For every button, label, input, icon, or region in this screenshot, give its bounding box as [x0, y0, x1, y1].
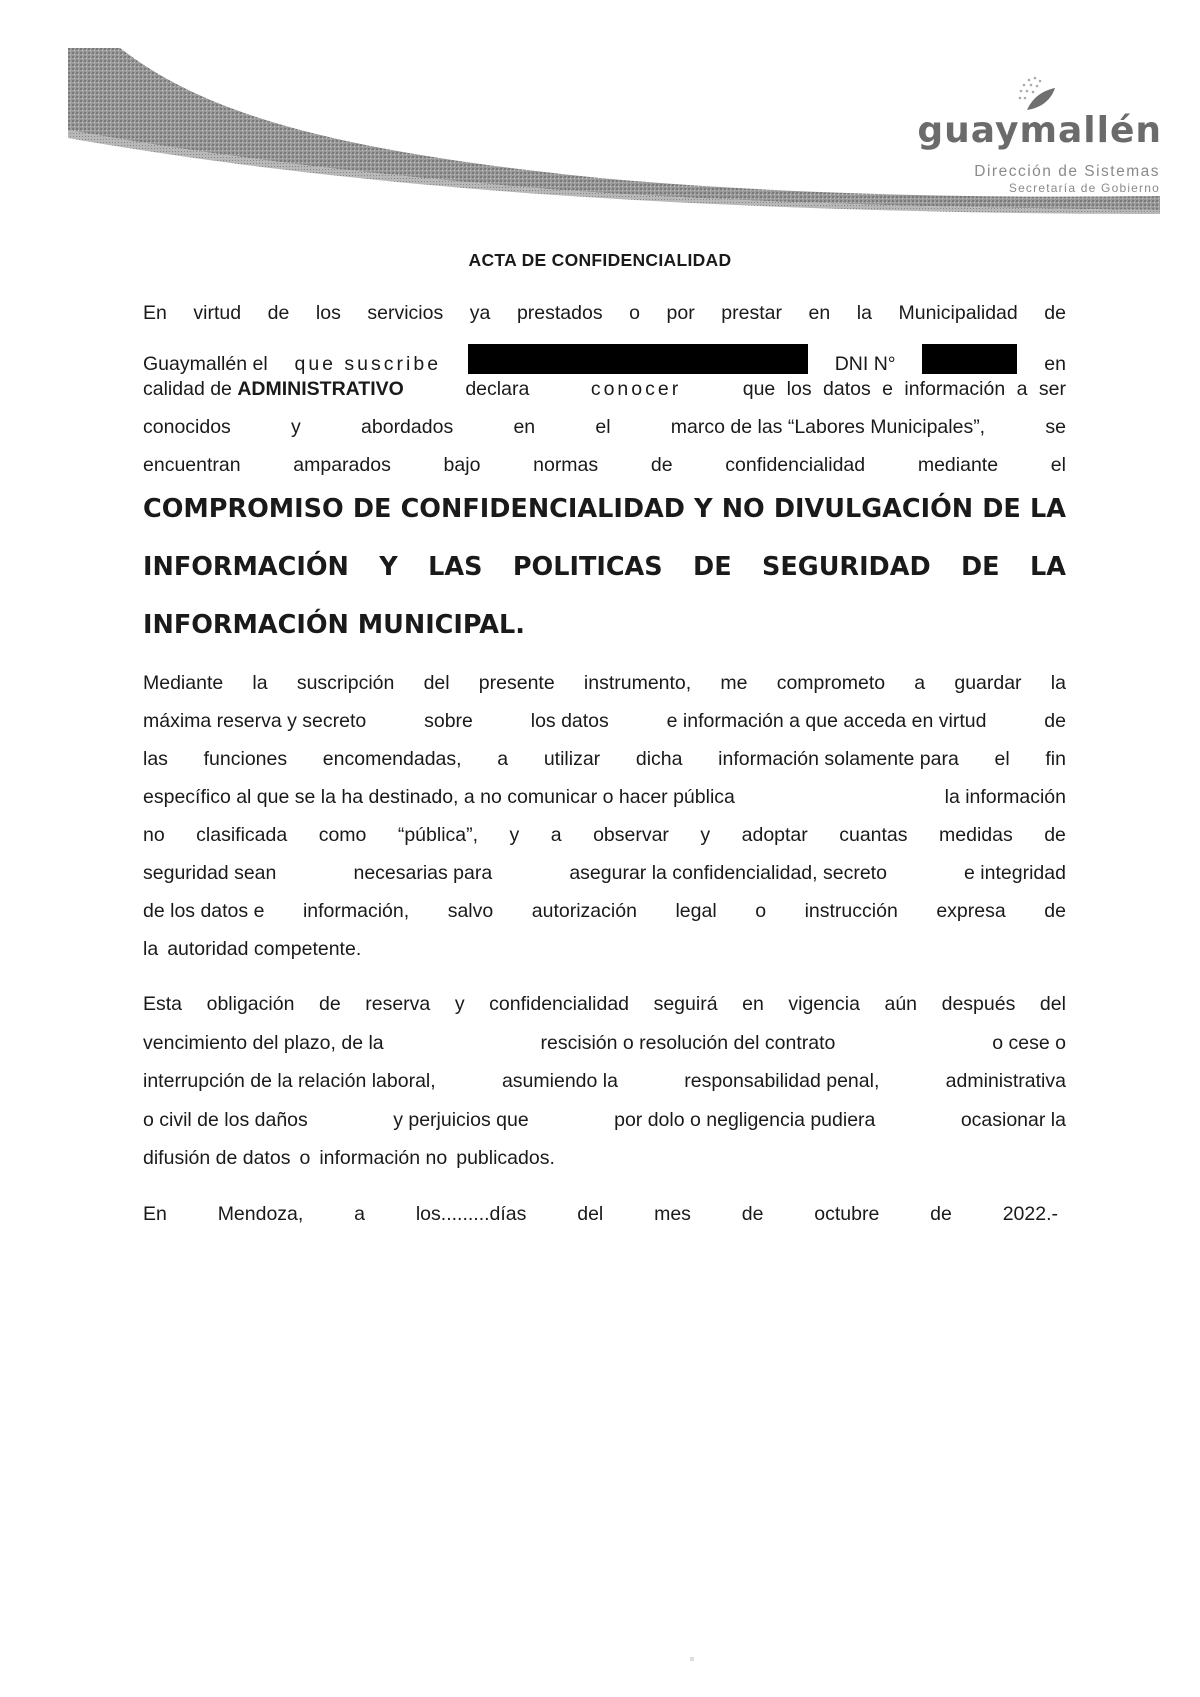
- text-line: máxima reserva y secretosobrelos datose …: [143, 710, 1066, 748]
- text-fragment: que suscribe: [294, 353, 441, 376]
- word: en: [809, 302, 831, 325]
- text-line: calidad de ADMINISTRATIVO declara conoce…: [143, 378, 1066, 416]
- word: después: [942, 993, 1016, 1016]
- word: difusión de datos: [143, 1147, 290, 1170]
- word: asegurar la confidencialidad, secreto: [569, 862, 887, 885]
- word: no: [143, 824, 165, 847]
- dni-label: DNI N°: [835, 353, 896, 376]
- word: por dolo o negligencia pudiera: [614, 1109, 875, 1132]
- word: el: [995, 748, 1010, 771]
- word: sobre: [424, 710, 473, 733]
- word: medidas: [939, 824, 1013, 847]
- logo-subtitle-secretariat: Secretaría de Gobierno: [1009, 181, 1160, 195]
- word: instrucción: [805, 900, 898, 923]
- heading-line: INFORMACIÓNYLASPOLITICASDESEGURIDADDELA: [143, 552, 1066, 610]
- word: necesarias para: [353, 862, 492, 885]
- word: normas: [533, 454, 598, 477]
- word: por: [667, 302, 695, 325]
- word: en: [742, 993, 764, 1016]
- text-fragment: declara: [465, 378, 529, 401]
- text-line: Guaymallén el que suscribe DNI N° en: [143, 340, 1066, 378]
- word: LA: [1030, 494, 1066, 552]
- word: funciones: [204, 748, 287, 771]
- word: suscripción: [297, 672, 395, 695]
- word: en: [513, 416, 535, 439]
- word: o cese o: [992, 1032, 1066, 1055]
- word: seguirá: [654, 993, 718, 1016]
- word: DE: [693, 552, 732, 610]
- word: servicios: [367, 302, 443, 325]
- word: información no: [319, 1147, 447, 1170]
- word: adoptar: [742, 824, 808, 847]
- word: fin: [1045, 748, 1066, 771]
- word: instrumento,: [584, 672, 691, 695]
- text-line: seguridad seannecesarias paraasegurar la…: [143, 862, 1066, 900]
- text-line: laautoridad competente.: [143, 938, 1066, 976]
- word: 2022.-: [1003, 1203, 1058, 1226]
- word: del: [577, 1203, 603, 1226]
- word: y: [700, 824, 710, 847]
- word: LAS: [428, 552, 482, 610]
- word: y perjuicios que: [393, 1109, 529, 1132]
- word: expresa: [936, 900, 1005, 923]
- word: Y: [379, 552, 397, 610]
- word: del: [424, 672, 450, 695]
- word: En: [143, 302, 167, 325]
- word: Mendoza,: [218, 1203, 304, 1226]
- word: de: [268, 302, 290, 325]
- word: vencimiento del plazo, de la: [143, 1032, 384, 1055]
- word: la: [252, 672, 267, 695]
- word: mes: [654, 1203, 691, 1226]
- word: INFORMACIÓN: [143, 552, 349, 610]
- word: COMPROMISO: [143, 494, 344, 552]
- word: confidencialidad: [489, 993, 629, 1016]
- text-line: o civil de los dañosy perjuicios quepor …: [143, 1109, 1066, 1148]
- word: prestados: [517, 302, 603, 325]
- text-fragment: conocer: [591, 378, 681, 401]
- word: de: [319, 993, 341, 1016]
- word: vigencia: [788, 993, 860, 1016]
- word: a: [497, 748, 508, 771]
- word: observar: [593, 824, 669, 847]
- logo-subtitle-direction: Dirección de Sistemas: [974, 163, 1160, 181]
- word: presente: [479, 672, 555, 695]
- paragraph-intro: Envirtuddelosserviciosyaprestadosoporpre…: [143, 302, 1066, 492]
- word: el: [595, 416, 610, 439]
- word: dicha: [636, 748, 683, 771]
- closing-date-line: EnMendoza,alos.........díasdelmesdeoctub…: [143, 1203, 1066, 1241]
- paragraph-commitment: Mediantelasuscripcióndelpresenteinstrume…: [143, 672, 1066, 976]
- word: “pública”,: [398, 824, 478, 847]
- word: prestar: [721, 302, 782, 325]
- text-line: conocidosyabordadosenelmarco de las “Lab…: [143, 416, 1066, 454]
- word: los: [316, 302, 341, 325]
- text-line: encuentranamparadosbajonormasdeconfidenc…: [143, 454, 1066, 492]
- word: octubre: [814, 1203, 879, 1226]
- word: confidencialidad: [725, 454, 865, 477]
- document-page: guaymallén Dirección de Sistemas Secreta…: [0, 0, 1200, 1697]
- word: aún: [884, 993, 917, 1016]
- word: máxima reserva y secreto: [143, 710, 366, 733]
- word: y: [510, 824, 520, 847]
- word: a: [354, 1203, 365, 1226]
- text-line: de los datos einformación,salvoautorizac…: [143, 900, 1066, 938]
- redacted-name-block: [468, 344, 808, 374]
- text-fragment: en: [1044, 353, 1066, 376]
- word: a: [914, 672, 925, 695]
- word: de: [1044, 710, 1066, 733]
- redacted-dni-block: [922, 344, 1017, 374]
- word: o: [755, 900, 766, 923]
- word: guardar: [954, 672, 1021, 695]
- text-line: difusión de datosoinformación nopublicad…: [143, 1147, 1066, 1186]
- word: o civil de los daños: [143, 1109, 308, 1132]
- word: a: [551, 824, 562, 847]
- word: legal: [675, 900, 716, 923]
- word: encomendadas,: [323, 748, 462, 771]
- word: NO: [722, 494, 765, 552]
- word: SEGURIDAD: [762, 552, 931, 610]
- word: salvo: [448, 900, 494, 923]
- word: interrupción de la relación laboral,: [143, 1070, 436, 1093]
- word: la: [143, 938, 158, 961]
- word: de: [1044, 824, 1066, 847]
- guaymallen-logo: guaymallén Dirección de Sistemas Secreta…: [862, 70, 1162, 210]
- heading-text: INFORMACIÓN MUNICIPAL.: [143, 610, 525, 668]
- text-line: EnMendoza,alos.........díasdelmesdeoctub…: [143, 1203, 1058, 1241]
- word: abordados: [361, 416, 453, 439]
- word: y: [291, 416, 301, 439]
- word: la información: [945, 786, 1066, 809]
- word: de: [1044, 302, 1066, 325]
- word: reserva: [365, 993, 430, 1016]
- role-administrativo: ADMINISTRATIVO: [237, 378, 403, 400]
- word: POLITICAS: [513, 552, 663, 610]
- word: conocidos: [143, 416, 231, 439]
- word: ocasionar la: [961, 1109, 1066, 1132]
- word: Esta: [143, 993, 182, 1016]
- word: DE: [982, 494, 1021, 552]
- logo-name: guaymallén: [917, 110, 1162, 151]
- word: rescisión o resolución del contrato: [541, 1032, 836, 1055]
- document-title: ACTA DE CONFIDENCIALIDAD: [0, 250, 1200, 271]
- word: de los datos e: [143, 900, 264, 923]
- word: administrativa: [946, 1070, 1066, 1093]
- word: En: [143, 1203, 167, 1226]
- word: de: [930, 1203, 952, 1226]
- word: ya: [470, 302, 491, 325]
- commitment-heading: COMPROMISODECONFIDENCIALIDADYNODIVULGACI…: [143, 494, 1066, 668]
- text-line: vencimiento del plazo, de larescisión o …: [143, 1032, 1066, 1071]
- word: publicados.: [456, 1147, 555, 1170]
- word: información,: [303, 900, 409, 923]
- word: Municipalidad: [899, 302, 1018, 325]
- text-fragment: que los datos e información a ser: [743, 378, 1066, 401]
- heading-line: COMPROMISODECONFIDENCIALIDADYNODIVULGACI…: [143, 494, 1066, 552]
- text-line: interrupción de la relación laboral,asum…: [143, 1070, 1066, 1109]
- word: cuantas: [839, 824, 907, 847]
- word: clasificada: [196, 824, 287, 847]
- paragraph-obligation: Estaobligacióndereservayconfidencialidad…: [143, 993, 1066, 1186]
- word: e información a que acceda en virtud: [667, 710, 987, 733]
- word: de: [651, 454, 673, 477]
- word: encuentran: [143, 454, 241, 477]
- word: mediante: [918, 454, 998, 477]
- word: se: [1045, 416, 1066, 439]
- word: e integridad: [964, 862, 1066, 885]
- text-fragment: calidad de: [143, 378, 232, 400]
- word: o: [299, 1147, 310, 1170]
- word: de: [742, 1203, 764, 1226]
- word: DE: [353, 494, 392, 552]
- scan-speck: [690, 1657, 694, 1661]
- text-line: específico al que se la ha destinado, a …: [143, 786, 1066, 824]
- word: el: [1051, 454, 1066, 477]
- text-line: Estaobligacióndereservayconfidencialidad…: [143, 993, 1066, 1032]
- word: utilizar: [544, 748, 600, 771]
- word: autoridad competente.: [167, 938, 361, 961]
- text-line: noclasificadacomo“pública”,yaobservaryad…: [143, 824, 1066, 862]
- word: responsabilidad penal,: [684, 1070, 879, 1093]
- text-line: Mediantelasuscripcióndelpresenteinstrume…: [143, 672, 1066, 710]
- text-fragment: Guaymallén el: [143, 353, 268, 376]
- word: marco de las “Labores Municipales”,: [671, 416, 985, 439]
- word: comprometo: [777, 672, 885, 695]
- word: información solamente para: [718, 748, 959, 771]
- text-line: lasfuncionesencomendadas,autilizardichai…: [143, 748, 1066, 786]
- heading-line: INFORMACIÓN MUNICIPAL.: [143, 610, 1066, 668]
- word: como: [319, 824, 367, 847]
- word: obligación: [207, 993, 295, 1016]
- word: Mediante: [143, 672, 223, 695]
- word: CONFIDENCIALIDAD: [401, 494, 685, 552]
- word: seguridad sean: [143, 862, 276, 885]
- word: del: [1040, 993, 1066, 1016]
- word: asumiendo la: [502, 1070, 618, 1093]
- text-line: Envirtuddelosserviciosyaprestadosoporpre…: [143, 302, 1066, 340]
- word: específico al que se la ha destinado, a …: [143, 786, 735, 809]
- word: los datos: [531, 710, 609, 733]
- word: y: [455, 993, 465, 1016]
- word: amparados: [293, 454, 391, 477]
- word: o: [629, 302, 640, 325]
- word: las: [143, 748, 168, 771]
- word: DE: [961, 552, 1000, 610]
- word: autorización: [532, 900, 637, 923]
- word: la: [1051, 672, 1066, 695]
- word: la: [857, 302, 872, 325]
- word: virtud: [193, 302, 241, 325]
- word: bajo: [444, 454, 481, 477]
- word: los.........días: [416, 1203, 527, 1226]
- word: Y: [694, 494, 712, 552]
- word: de: [1044, 900, 1066, 923]
- word: me: [720, 672, 747, 695]
- word: DIVULGACIÓN: [774, 494, 973, 552]
- word: LA: [1030, 552, 1066, 610]
